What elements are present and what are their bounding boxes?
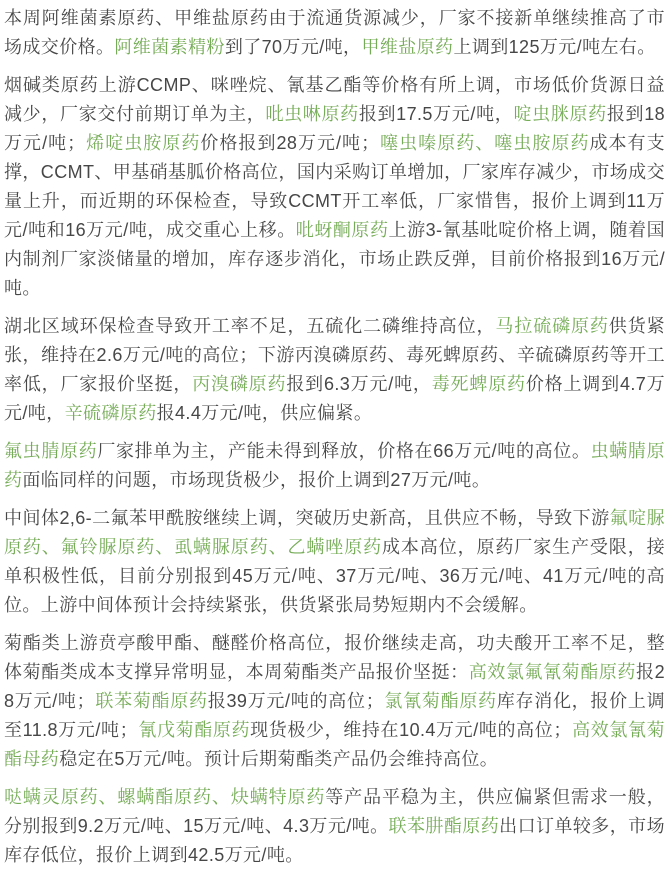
highlighted-term: 氟虫腈原药 (4, 441, 97, 461)
text-segment: 上调到125万元/吨左右。 (453, 37, 655, 57)
text-segment: 报到17.5万元/吨， (359, 104, 514, 124)
paragraph: 菊酯类上游贲亭酸甲酯、醚醛价格高位，报价继续走高，功夫酸开工率不足，整体菊酯类成… (4, 629, 665, 774)
highlighted-term: 联苯肼酯原药 (389, 816, 500, 836)
highlighted-term: 氯氰菊酯原药 (384, 691, 497, 711)
highlighted-term: 辛硫磷原药 (65, 403, 157, 423)
highlighted-term: 阿维菌素精粉 (114, 37, 224, 57)
highlighted-term: 马拉硫磷原药 (495, 316, 608, 336)
text-segment: 报39万元/吨的高位； (208, 691, 384, 711)
highlighted-term: 吡虫啉原药 (265, 104, 358, 124)
highlighted-term: 吡蚜酮原药 (296, 220, 389, 240)
highlighted-term: 高效氯氟氰菊酯原药 (469, 662, 636, 682)
paragraph: 烟碱类原药上游CCMP、咪唑烷、氰基乙酯等价格有所上调，市场低价货源日益减少，厂… (4, 71, 665, 303)
text-segment: 价格报到28万元/吨； (200, 133, 379, 153)
article-body: 本周阿维菌素原药、甲维盐原药由于流通货源减少，厂家不接新单继续推高了市场成交价格… (0, 0, 669, 870)
text-segment: 现货极少，维持在10.4万元/吨的高位； (250, 720, 572, 740)
text-segment: 厂家排单为主，产能未得到释放，价格在66万元/吨的高位。 (97, 441, 590, 461)
highlighted-term: 啶虫脒原药 (513, 104, 606, 124)
highlighted-term: 噻虫嗪原药、噻虫胺原药 (379, 133, 589, 153)
highlighted-term: 甲维盐原药 (361, 37, 453, 57)
text-segment: 到了70万元/吨， (225, 37, 362, 57)
text-segment: 湖北区域环保检查导致开工率不足，五硫化二磷维持高位， (4, 316, 495, 336)
highlighted-term: 丙溴磷原药 (192, 374, 286, 394)
paragraph: 本周阿维菌素原药、甲维盐原药由于流通货源减少，厂家不接新单继续推高了市场成交价格… (4, 4, 665, 62)
highlighted-term: 哒螨灵原药、螺螨酯原药、炔螨特原药 (4, 787, 325, 807)
paragraph: 湖北区域环保检查导致开工率不足，五硫化二磷维持高位，马拉硫磷原药供货紧张，维持在… (4, 312, 665, 428)
paragraph: 哒螨灵原药、螺螨酯原药、炔螨特原药等产品平稳为主，供应偏紧但需求一般，分别报到9… (4, 783, 665, 870)
highlighted-term: 联苯菊酯原药 (95, 691, 208, 711)
paragraph: 氟虫腈原药厂家排单为主，产能未得到释放，价格在66万元/吨的高位。虫螨腈原药面临… (4, 437, 665, 495)
paragraph: 中间体2,6-二氟苯甲酰胺继续上调，突破历史新高，且供应不畅，导致下游氟啶脲原药… (4, 504, 665, 620)
text-segment: 稳定在5万元/吨。预计后期菊酯类产品仍会维持高位。 (59, 749, 498, 769)
text-segment: 报4.4万元/吨，供应偏紧。 (157, 403, 373, 423)
text-segment: 面临同样的问题，市场现货极少，报价上调到27万元/吨。 (22, 470, 490, 490)
highlighted-term: 氰戊菊酯原药 (138, 720, 250, 740)
highlighted-term: 毒死蜱原药 (432, 374, 526, 394)
highlighted-term: 烯啶虫胺原药 (86, 133, 201, 153)
text-segment: 中间体2,6-二氟苯甲酰胺继续上调，突破历史新高，且供应不畅，导致下游 (4, 508, 610, 528)
text-segment: 报到6.3万元/吨， (286, 374, 431, 394)
